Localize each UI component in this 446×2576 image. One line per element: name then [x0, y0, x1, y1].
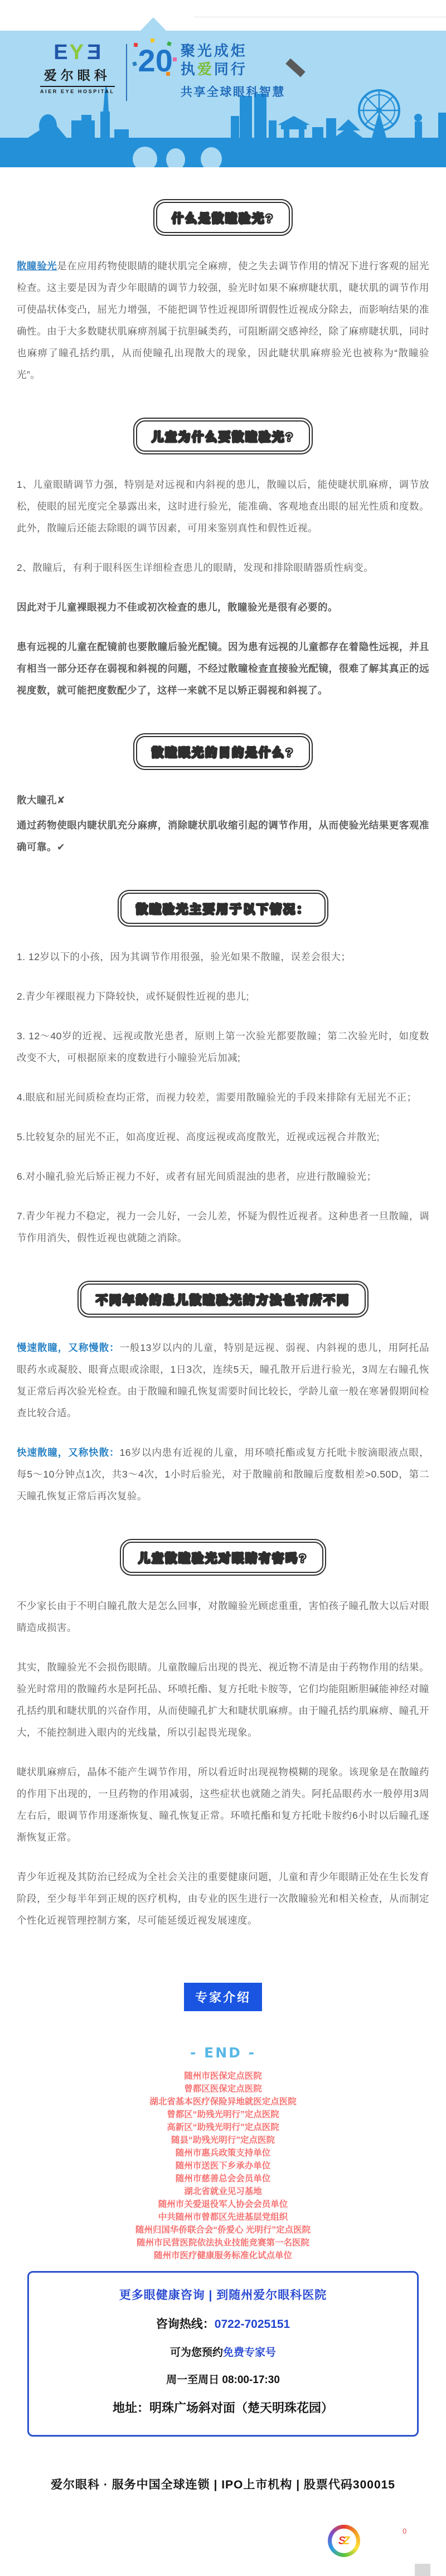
highlight-paragraph: 因此对于儿童裸眼视力不佳或初次检查的患儿，散瞳验光是很有必要的。: [17, 597, 429, 618]
section-title-pill-4: 散瞳验光主要用于以下情况：: [120, 893, 326, 924]
aier-logo: EYE 爱尔眼科 AIER EYE HOSPITAL: [40, 42, 115, 94]
honor-list: 随州市医保定点医院曾都区医保定点医院湖北省基本医疗保险异地就医定点医院曾都区“助…: [17, 2070, 429, 2262]
list-item: 5.比较复杂的屈光不正，如高度近视、高度远视或高度散光，近视或远视合并散光;: [17, 1126, 429, 1148]
section-title: 散瞳验光主要用于以下情况：: [136, 903, 310, 916]
section-title: 儿童散瞳验光对眼睛有害吗?: [138, 1552, 308, 1565]
highlight-paragraph: 患有远视的儿童在配镜前也要散瞳后验光配镜。因为患有远视的儿童都存在着隐性远视，并…: [17, 636, 429, 701]
paragraph: 青少年近视及其防治已经成为全社会关注的重要健康问题，儿童和青少年眼睛正处在生长发…: [17, 1866, 429, 1931]
honor-line: 随州市医疗健康服务标准化试点单位: [17, 2249, 429, 2262]
wrong-answer-line: 散大瞳孔✘: [17, 790, 429, 811]
honor-line: 随州市惠兵政策支持单位: [17, 2147, 429, 2159]
bridge-band-graphic: [0, 145, 446, 167]
list-item: 4.眼底和屈光间质检查均正常，而视力较差，需要用散瞳验光的手段来排除有无屈光不正…: [17, 1087, 429, 1108]
honor-line: 湖北省基本医疗保险异地就医定点医院: [17, 2095, 429, 2108]
slogan-line1: 聚光成炬: [181, 42, 285, 60]
gray-placeholder-square: [415, 2564, 430, 2576]
paragraph: 快速散瞳，又称快散：16岁以内患有近视的儿童，用环喷托酯或复方托吡卡胺滴眼液点眼…: [17, 1442, 429, 1507]
eye-letter-e: E: [54, 41, 69, 64]
section-title: 散瞳眼光的目的是什么?: [152, 747, 294, 759]
method-lead: 快速散瞳，又称快散：: [17, 1447, 120, 1458]
slogan-line2: 执爱同行: [181, 60, 285, 79]
eye-letter-y: Y: [70, 41, 85, 64]
rainbow-sz-logo: SZ: [328, 2525, 360, 2557]
logo-divider: [126, 44, 127, 101]
logo-english-name: AIER EYE HOSPITAL: [40, 86, 115, 94]
section-title-pill-1: 什么是散瞳验光?: [156, 202, 290, 233]
article-content: 什么是散瞳验光? 散瞳验光是在应用药物使眼睛的睫状肌完全麻痹，使之失去调节作用的…: [17, 202, 429, 2492]
anniversary-20-logo: 20: [138, 45, 173, 76]
bridge-arch: [133, 147, 157, 167]
honor-line: 中共随州市曾都区先进基层党组织: [17, 2211, 429, 2224]
end-marker: - END -: [17, 2045, 429, 2061]
section-title-pill-6: 儿童散瞳验光对眼睛有害吗?: [123, 1542, 323, 1573]
header-banner: EYE 爱尔眼科 AIER EYE HOSPITAL 20 聚光成炬 执爱同行 …: [0, 31, 446, 167]
honor-line: 随县“助残光明行”定点医院: [17, 2134, 429, 2147]
contact-headline: 更多眼健康咨询 | 到随州爱尔眼科医院: [35, 2286, 411, 2303]
hotline-line: 咨询热线：0722-7025151: [35, 2315, 411, 2332]
honor-line: 高新区“助残光明行”定点医院: [17, 2121, 429, 2134]
slogan-block: 聚光成炬 执爱同行 共享全球眼科智慧: [181, 42, 285, 100]
list-item: 7.青少年视力不稳定，视力一会儿好，一会儿差，怀疑为假性近视者。这种患者一旦散瞳…: [17, 1205, 429, 1249]
hotline-number: 0722-7025151: [215, 2318, 290, 2331]
banner-notch-decoration: [140, 17, 166, 31]
indication-list: 1. 12岁以下的小孩，因为其调节作用很强，验光如果不散瞳，误差会很大；2.青少…: [17, 946, 429, 1249]
list-item: 1. 12岁以下的小孩，因为其调节作用很强，验光如果不散瞳，误差会很大；: [17, 946, 429, 968]
section-title: 儿童为什么要散瞳验光?: [152, 431, 294, 444]
slogan-line3: 共享全球眼科智慧: [181, 83, 285, 100]
bridge-arch: [201, 147, 222, 167]
honor-line: 随州归国华侨联合会“侨爱心 光明行”定点医院: [17, 2224, 429, 2236]
method-lead: 慢速散瞳，又称慢散：: [17, 1342, 120, 1353]
bottom-area: 0 SZ: [0, 2492, 446, 2576]
sz-monogram: SZ: [332, 2529, 356, 2553]
stray-zero-artifact: 0: [403, 2527, 406, 2535]
list-item: 3. 12～40岁的近视、远视或散光患者，原则上第一次验光都要散瞳；第二次验光时…: [17, 1025, 429, 1069]
paragraph: 慢速散瞳，又称慢散：一般13岁以内的儿童，特别是远视、弱视、内斜视的患儿，用阿托…: [17, 1337, 429, 1424]
paragraph: 睫状肌麻痹后，晶体不能产生调节作用，所以看近时出现视物模糊的现象。该现象是在散瞳…: [17, 1761, 429, 1848]
hairline-artifact: [194, 17, 446, 17]
honor-line: 随州市慈善总会会员单位: [17, 2172, 429, 2185]
correct-answer-line: 通过药物使眼内睫状肌充分麻痹，消除睫状肌收缩引起的调节作用，从而使验光结果更客观…: [17, 815, 429, 858]
opening-hours: 周一至周日 08:00-17:30: [35, 2371, 411, 2386]
top-white-strip: [0, 0, 446, 31]
footer-tagline: 爱尔眼科 · 服务中国全球连锁 | IPO上市机构 | 股票代码300015: [17, 2476, 429, 2492]
honor-line: 湖北省就业见习基地: [17, 2185, 429, 2198]
booking-line: 可为您预约免费专家号: [35, 2344, 411, 2359]
section-title-pill-2: 儿童为什么要散瞳验光?: [136, 420, 310, 452]
section-title: 不同年龄的患儿散瞳验光的方法也有所不同: [96, 1294, 350, 1307]
address-line: 地址：明珠广场斜对面（楚天明珠花园）: [35, 2399, 411, 2416]
paragraph: 不少家长由于不明白瞳孔散大是怎么回事，对散瞳验光顾虑重重，害怕孩子瞳孔散大以后对…: [17, 1595, 429, 1639]
honor-line: 随州市关爱退役军人协会会员单位: [17, 2198, 429, 2211]
honor-line: 曾都区医保定点医院: [17, 2083, 429, 2095]
section-title-pill-3: 散瞳眼光的目的是什么?: [136, 736, 310, 767]
list-item: 6.对小瞳孔验光后矫正视力不好，或者有屈光间质混浊的患者，应进行散瞳验光；: [17, 1166, 429, 1188]
honor-line: 随州市送医下乡承办单位: [17, 2159, 429, 2172]
inline-link-text[interactable]: 散瞳验光: [17, 260, 57, 272]
section-title: 什么是散瞳验光?: [172, 212, 274, 225]
paragraph: 散瞳验光是在应用药物使眼睛的睫状肌完全麻痹，使之失去调节作用的情况下进行客观的屈…: [17, 255, 429, 386]
eye-wordmark: EYE: [40, 42, 115, 63]
section-title-pill-5: 不同年龄的患儿散瞳验光的方法也有所不同: [80, 1284, 366, 1315]
paragraph: 2、散瞳后，有利于眼科医生详细检查患儿的眼睛，发现和排除眼睛器质性病变。: [17, 557, 429, 579]
eye-letter-e-mirrored: E: [85, 42, 101, 63]
honor-line: 曾都区“助残光明行”定点医院: [17, 2108, 429, 2121]
bridge-arch: [166, 148, 185, 167]
list-item: 2.青少年裸眼视力下降较快，或怀疑假性近视的患儿;: [17, 986, 429, 1008]
paragraph: 1、儿童眼睛调节力强，特别是对远视和内斜视的患儿，散瞳以后，能使睫状肌麻痹，调节…: [17, 474, 429, 539]
honor-line: 随州市民营医院依法执业技能竞赛第一名医院: [17, 2236, 429, 2249]
booking-highlight: 免费专家号: [223, 2347, 276, 2359]
brand-row: EYE 爱尔眼科 AIER EYE HOSPITAL 20 聚光成炬 执爱同行 …: [0, 31, 446, 101]
expert-intro-button[interactable]: 专家介绍: [184, 1983, 262, 2011]
honor-line: 随州市医保定点医院: [17, 2070, 429, 2083]
paragraph: 其实，散瞳验光不会损伤眼睛。儿童散瞳后出现的畏光、视近物不清是由于药物作用的结果…: [17, 1657, 429, 1744]
logo-chinese-name: 爱尔眼科: [40, 65, 115, 84]
